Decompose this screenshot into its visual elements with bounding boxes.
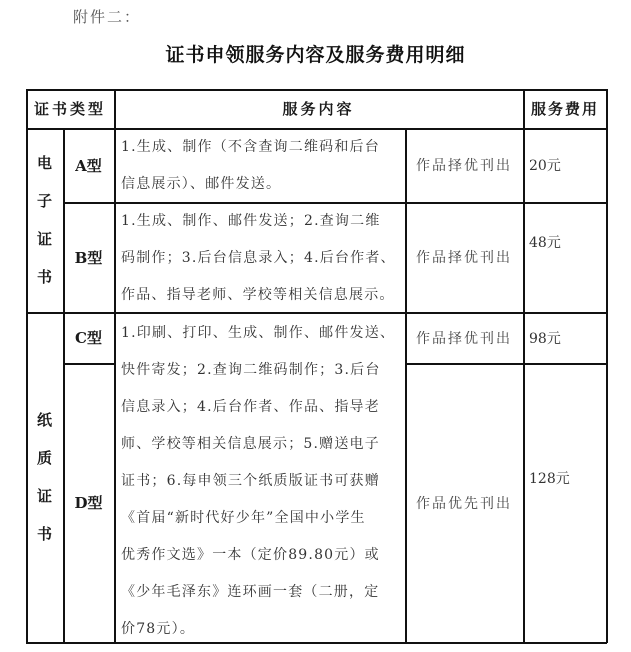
fee-a: 20元 xyxy=(523,128,607,202)
document-title: 证书申领服务内容及服务费用明细 xyxy=(0,40,631,67)
content-line: 《少年毛泽东》连环画一套（二册，定 xyxy=(121,574,406,611)
category-char: 证 xyxy=(37,477,52,515)
publication-c: 作品择优刊出 xyxy=(405,312,523,363)
category-char: 电 xyxy=(37,144,52,182)
type-content-divider xyxy=(114,89,116,643)
content-line: 码制作；3.后台信息录入；4.后台作者、 xyxy=(121,240,406,277)
content-line: 《首届“新时代好少年”全国中小学生 xyxy=(121,500,406,537)
content-line: 1.生成、制作、邮件发送；2.查询二维 xyxy=(121,203,406,240)
type-b: B型 xyxy=(63,202,114,312)
service-fee-table: 证书类型 服务内容 服务费用 电 子 证 书 A型 1.生成、制作（不含查询二维… xyxy=(26,89,607,643)
fee-c: 98元 xyxy=(523,312,607,363)
fee-d: 128元 xyxy=(523,363,607,593)
category-electronic: 电 子 证 书 xyxy=(26,128,63,312)
content-line: 优秀作文选》一本（定价89.80元）或 xyxy=(121,537,406,574)
publication-a: 作品择优刊出 xyxy=(405,128,523,202)
category-char: 子 xyxy=(37,182,52,220)
category-char: 书 xyxy=(37,258,52,296)
content-line: 价78元）。 xyxy=(121,611,406,648)
category-paper: 纸 质 证 书 xyxy=(26,312,63,642)
header-type: 证书类型 xyxy=(26,89,114,128)
category-char: 书 xyxy=(37,515,52,553)
category-char: 纸 xyxy=(37,401,52,439)
type-a: A型 xyxy=(63,128,114,202)
publication-d: 作品优先刊出 xyxy=(405,363,523,642)
publication-b: 作品择优刊出 xyxy=(405,202,523,312)
type-c: C型 xyxy=(63,312,114,363)
header-content: 服务内容 xyxy=(114,89,523,128)
category-char: 证 xyxy=(37,220,52,258)
fee-b: 48元 xyxy=(523,202,607,282)
content-b: 1.生成、制作、邮件发送；2.查询二维 码制作；3.后台信息录入；4.后台作者、… xyxy=(121,203,406,314)
type-d: D型 xyxy=(63,363,114,642)
content-line: 证书；6.每申领三个纸质版证书可获赠 xyxy=(121,463,406,500)
content-line: 作品、指导老师、学校等相关信息展示。 xyxy=(121,277,406,314)
content-line: 快件寄发；2.查询二维码制作；3.后台 xyxy=(121,352,406,389)
content-line: 师、学校等相关信息展示；5.赠送电子 xyxy=(121,426,406,463)
category-char: 质 xyxy=(37,439,52,477)
header-fee: 服务费用 xyxy=(523,89,607,128)
content-paper-shared: 1.印刷、打印、生成、制作、邮件发送、 快件寄发；2.查询二维码制作；3.后台 … xyxy=(121,315,406,648)
attachment-label: 附件二： xyxy=(73,6,141,27)
content-line: 信息展示）、邮件发送。 xyxy=(121,166,406,203)
content-a: 1.生成、制作（不含查询二维码和后台 信息展示）、邮件发送。 xyxy=(121,129,406,203)
content-line: 1.生成、制作（不含查询二维码和后台 xyxy=(121,129,406,166)
content-line: 信息录入；4.后台作者、作品、指导老 xyxy=(121,389,406,426)
content-line: 1.印刷、打印、生成、制作、邮件发送、 xyxy=(121,315,406,352)
